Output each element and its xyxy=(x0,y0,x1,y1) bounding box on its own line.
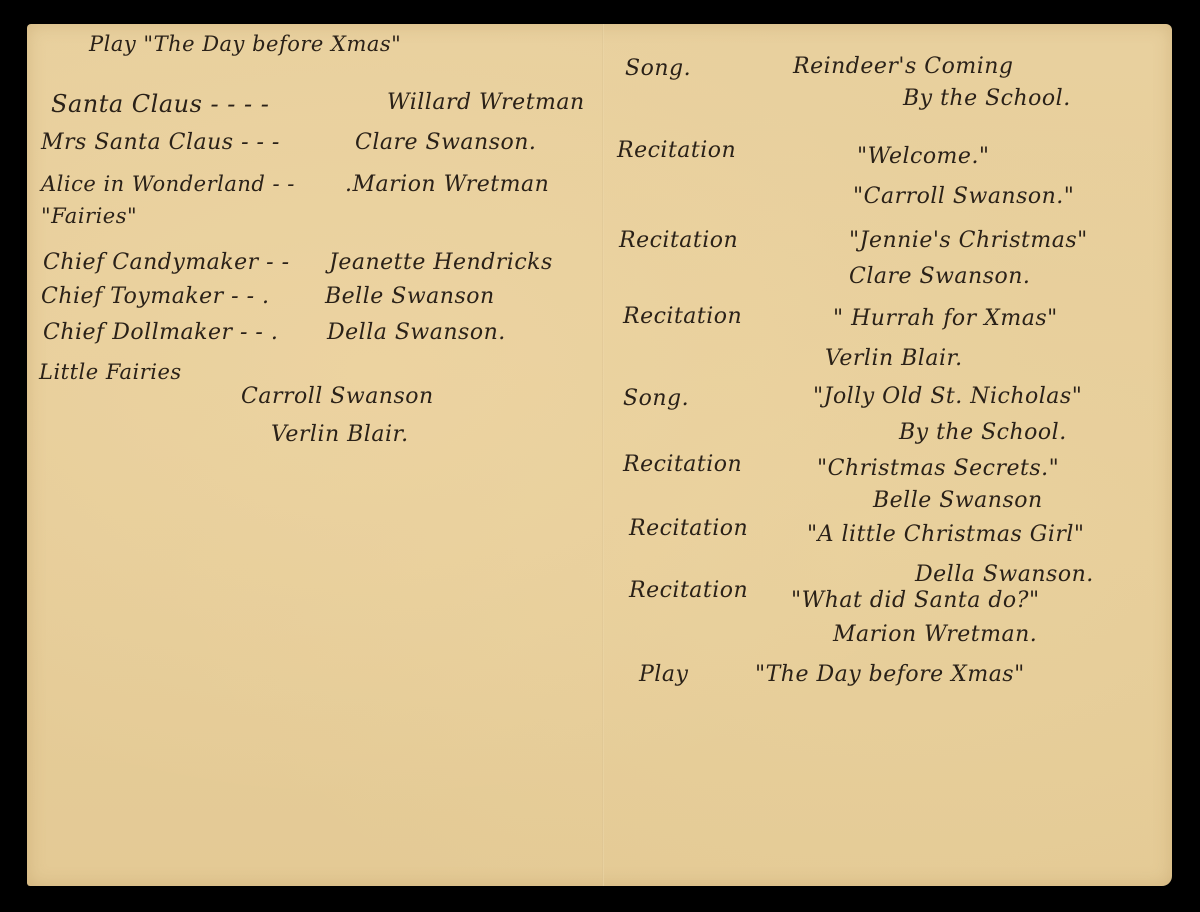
program-performer: Verlin Blair. xyxy=(825,348,963,370)
left-heading: Play "The Day before Xmas" xyxy=(89,34,401,55)
little-fairy-name: Carroll Swanson xyxy=(241,386,434,408)
program-type: Song. xyxy=(625,58,691,80)
program-title: Reindeer's Coming xyxy=(793,56,1014,78)
program-title: "Christmas Secrets." xyxy=(817,458,1059,480)
cast-role: Santa Claus - - - - xyxy=(51,92,269,116)
program-performer: Clare Swanson. xyxy=(849,266,1030,288)
program-title: "Jennie's Christmas" xyxy=(849,230,1088,252)
program-performer: Della Swanson. xyxy=(915,564,1094,586)
cast-role: Little Fairies xyxy=(39,362,182,383)
program-performer: Marion Wretman. xyxy=(833,624,1037,646)
program-title: "Jolly Old St. Nicholas" xyxy=(813,386,1082,408)
program-performer: By the School. xyxy=(899,422,1067,444)
program-performer: By the School. xyxy=(903,88,1071,110)
program-type: Recitation xyxy=(623,454,742,476)
program-performer: "Carroll Swanson." xyxy=(853,186,1074,208)
cast-role: Chief Dollmaker - - . xyxy=(43,322,278,344)
program-type: Play xyxy=(639,664,688,686)
program-type: Recitation xyxy=(629,518,748,540)
cast-role: "Fairies" xyxy=(41,206,137,227)
cast-actor: Willard Wretman xyxy=(387,92,585,114)
program-title: " Hurrah for Xmas" xyxy=(833,308,1058,330)
program-title: "A little Christmas Girl" xyxy=(807,524,1085,546)
program-sheet: Play "The Day before Xmas" Santa Claus -… xyxy=(27,24,1172,886)
program-type: Song. xyxy=(623,388,689,410)
little-fairy-name: Verlin Blair. xyxy=(271,424,409,446)
program-title: "What did Santa do?" xyxy=(791,590,1040,612)
cast-actor: Jeanette Hendricks xyxy=(329,252,553,274)
program-type: Recitation xyxy=(629,580,748,602)
program-performer: Belle Swanson xyxy=(873,490,1043,512)
cast-role: Chief Candymaker - - xyxy=(43,252,290,274)
cast-role: Mrs Santa Claus - - - xyxy=(41,132,280,154)
cast-actor: .Marion Wretman xyxy=(345,174,549,196)
program-type: Recitation xyxy=(617,140,736,162)
program-title: "The Day before Xmas" xyxy=(755,664,1025,686)
cast-actor: Clare Swanson. xyxy=(355,132,536,154)
program-type: Recitation xyxy=(619,230,738,252)
cast-role: Chief Toymaker - - . xyxy=(41,286,270,308)
program-title: "Welcome." xyxy=(857,146,990,168)
cast-role: Alice in Wonderland - - xyxy=(41,174,295,195)
center-fold xyxy=(602,24,604,886)
cast-actor: Belle Swanson xyxy=(325,286,495,308)
program-type: Recitation xyxy=(623,306,742,328)
cast-actor: Della Swanson. xyxy=(327,322,506,344)
